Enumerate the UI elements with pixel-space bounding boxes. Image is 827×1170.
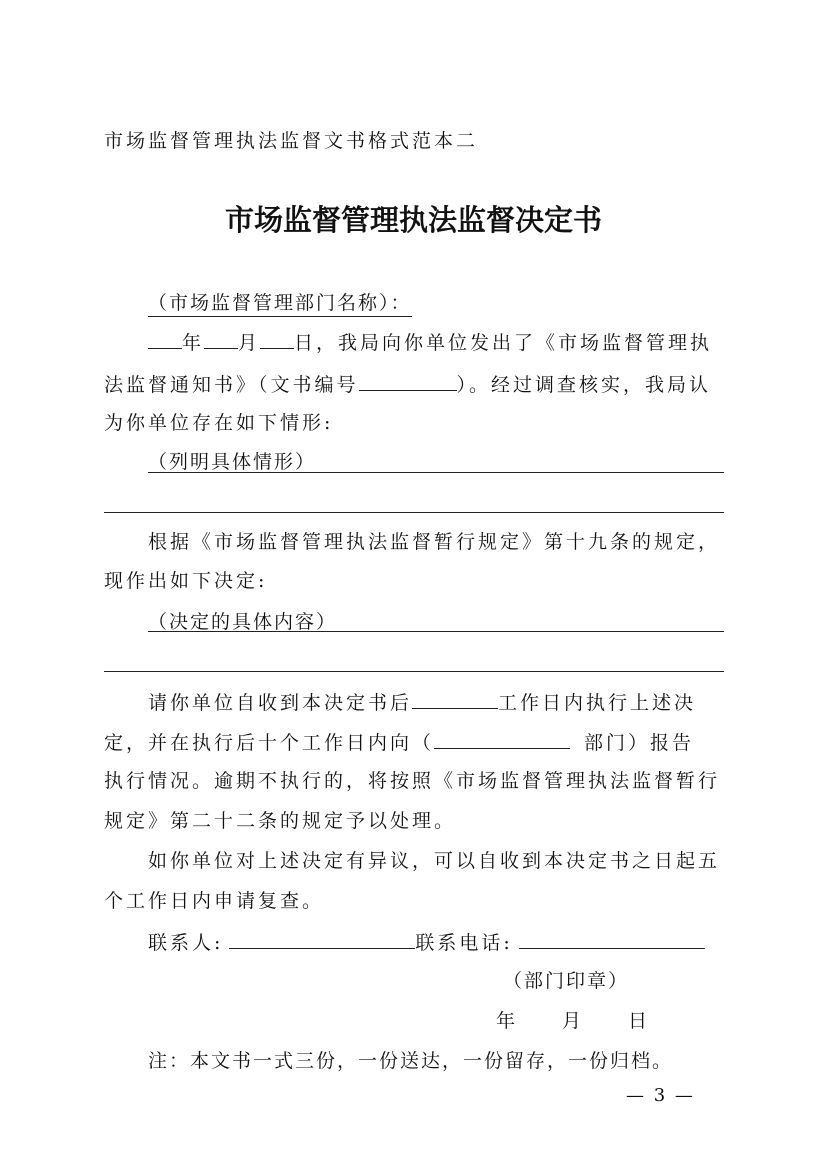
department-seal: （部门印章） <box>503 968 629 994</box>
series-heading: 市场监督管理执法监督文书格式范本二 <box>104 128 478 154</box>
contact-person-field[interactable] <box>229 928 415 949</box>
para3-line4: 规定》第二十二条的规定予以处理。 <box>104 808 456 834</box>
para2-line1: 根据《市场监督管理执法监督暂行规定》第十九条的规定， <box>148 529 720 555</box>
circumstances-line-1[interactable] <box>148 472 724 473</box>
notice-ref-text: 法监督通知书》（文书编号 <box>104 374 359 396</box>
para1-line3: 为你单位存在如下情形: <box>104 410 333 436</box>
para4-line2: 个工作日内申请复查。 <box>104 888 324 914</box>
contact-person-label: 联系人: <box>148 932 223 954</box>
para3-line1: 请你单位自收到本决定书后工作日内执行上述决 <box>148 688 696 716</box>
date-day: 日 <box>628 1010 650 1032</box>
contact-phone-label: 联系电话: <box>415 932 512 954</box>
month-label: 月 <box>238 332 260 354</box>
para1-line1-text: 日，我局向你单位发出了《市场监督管理执 <box>294 332 712 354</box>
date-month: 月 <box>562 1010 584 1032</box>
addressee-field: （市场监督管理部门名称）： <box>148 290 412 317</box>
para1-line1: 年月日，我局向你单位发出了《市场监督管理执 <box>148 328 712 356</box>
para2-line2: 现作出如下决定: <box>104 568 267 594</box>
page-number: — 3 — <box>626 1083 695 1109</box>
date-line: 年月日 <box>496 1008 650 1034</box>
circumstances-line-2[interactable] <box>104 512 724 513</box>
para3-line2-text-a: 定，并在执行后十个工作日内向（ <box>104 732 434 754</box>
copies-note: 注：本文书一式三份，一份送达，一份留存，一份归档。 <box>148 1048 673 1074</box>
para1-line2-text: ）。经过调查核实，我局认 <box>457 374 712 396</box>
year-label: 年 <box>182 332 204 354</box>
document-number-blank[interactable] <box>359 370 457 391</box>
contact-phone-field[interactable] <box>519 928 705 949</box>
para4-line1: 如你单位对上述决定有异议，可以自收到本决定书之日起五 <box>148 848 720 874</box>
para3-line1-text-b: 工作日内执行上述决 <box>498 692 696 714</box>
para3-line2-text-b: 部门）报告 <box>584 732 694 754</box>
month-blank[interactable] <box>204 328 238 349</box>
year-blank[interactable] <box>148 328 182 349</box>
date-year: 年 <box>496 1010 518 1032</box>
para3-line2: 定，并在执行后十个工作日内向（部门）报告 <box>104 728 694 756</box>
decision-line-1[interactable] <box>148 631 724 632</box>
day-blank[interactable] <box>260 328 294 349</box>
department-blank[interactable] <box>434 728 570 749</box>
contact-line: 联系人:联系电话: <box>148 928 705 956</box>
working-days-blank[interactable] <box>412 688 498 709</box>
decision-line-2[interactable] <box>104 671 724 672</box>
para3-line3: 执行情况。逾期不执行的，将按照《市场监督管理执法监督暂行 <box>104 768 720 794</box>
para1-line2: 法监督通知书》（文书编号）。经过调查核实，我局认 <box>104 370 711 398</box>
document-page: 市场监督管理执法监督文书格式范本二 市场监督管理执法监督决定书 （市场监督管理部… <box>0 0 827 1170</box>
para3-line1-text-a: 请你单位自收到本决定书后 <box>148 692 412 714</box>
document-title: 市场监督管理执法监督决定书 <box>0 200 827 240</box>
